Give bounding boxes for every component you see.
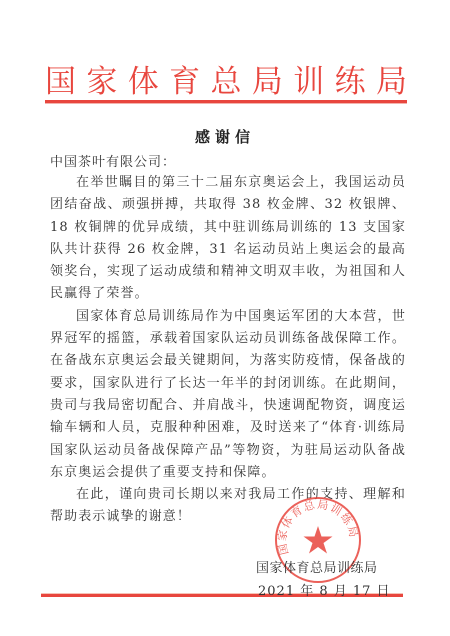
letterhead-char: 育 <box>169 56 200 101</box>
letterhead-divider <box>45 100 407 104</box>
letter-title: 感谢信 <box>0 126 450 147</box>
paragraph-achievements: 在举世瞩目的第三十二届东京奥运会上，我国运动员团结奋战、顽强拼搏，共取得 38 … <box>50 172 406 306</box>
letterhead-char: 局 <box>376 56 407 101</box>
letterhead-char: 局 <box>252 56 283 101</box>
signature: 国家体育总局训练局 <box>256 557 378 576</box>
letterhead-char: 国 <box>45 56 76 101</box>
salutation: 中国茶叶有限公司： <box>50 151 176 170</box>
letterhead-char: 训 <box>293 56 324 101</box>
letterhead-char: 总 <box>211 56 242 101</box>
letterhead-char: 家 <box>86 56 117 101</box>
paragraph-support: 国家体育总局训练局作为中国奥运军团的大本营，世界冠军的摇篮，承载着国家队运动员训… <box>50 306 406 484</box>
star-icon <box>304 526 333 554</box>
letterhead-char: 练 <box>335 56 366 101</box>
letter-body: 在举世瞩目的第三十二届东京奥运会上，我国运动员团结奋战、顽强拼搏，共取得 38 … <box>50 172 406 529</box>
letter-date: 2021 年 8 月 17 日 <box>258 580 391 599</box>
letterhead-char: 体 <box>128 56 159 101</box>
letterhead-organization: 国 家 体 育 总 局 训 练 局 <box>45 58 407 98</box>
